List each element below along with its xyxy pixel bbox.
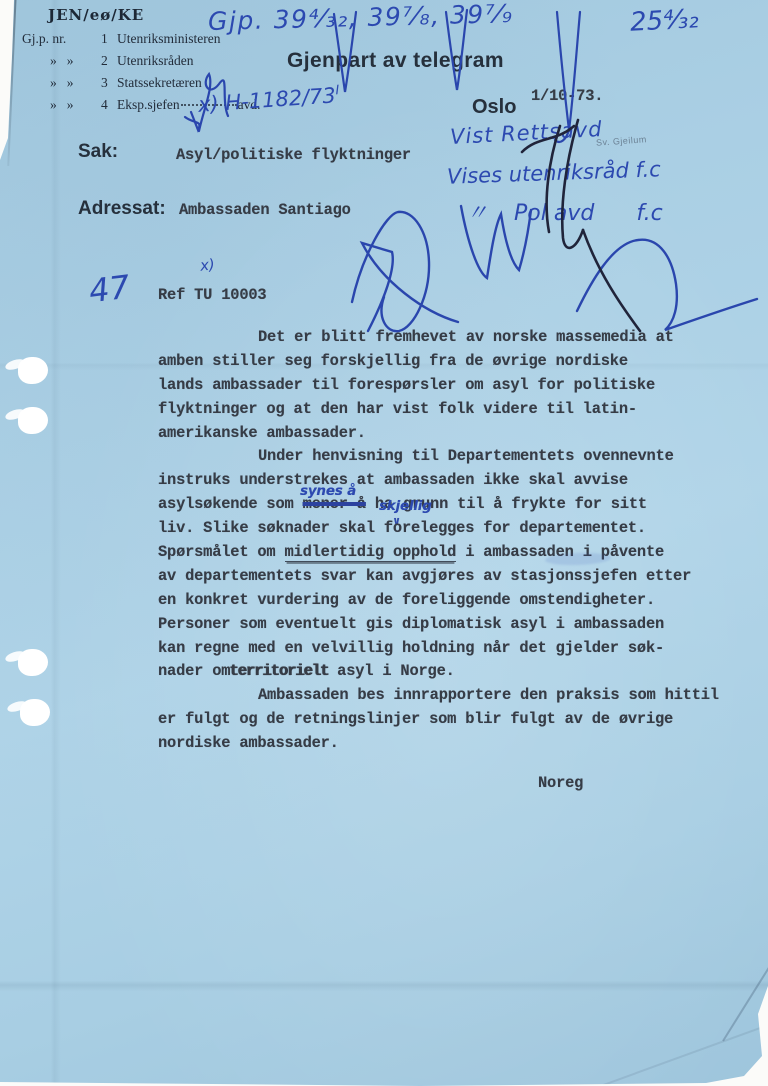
adressat-value: Ambassaden Santiago [179, 201, 351, 219]
black-signature [583, 230, 640, 331]
row-number: 3 [101, 75, 117, 90]
body-line: amerikanske ambassader. [158, 422, 718, 446]
body-line: Personer som eventuelt gis diplomatisk a… [158, 613, 718, 637]
file-number-suffix: I [335, 83, 340, 98]
punch-hole [18, 357, 48, 384]
hand-routing-numbers: Gjp. 39⁴⁄₃₂, 39⁷⁄₈, 39⁷⁄₉ [208, 0, 514, 36]
body-line: Under henvisning til Departementets oven… [158, 445, 718, 469]
ditto-marks: »» [22, 53, 101, 68]
scan-edge-line [7, 0, 17, 166]
body-line-corrected: asylsøkende som mener å ha∨skjelliggrunn… [158, 493, 718, 517]
body-line: instruks understrekes at ambassaden ikke… [158, 469, 718, 493]
hand-insert-skjellig: skjellig [379, 495, 432, 519]
body-line: en konkret vurdering av de foreliggende … [158, 589, 718, 613]
sak-label: Sak: [78, 141, 118, 163]
body-line-underlined: Spørsmålet om midlertidig opphold i amba… [158, 541, 718, 565]
body-line: amben stiller seg forskjellig fra de øvr… [158, 350, 718, 374]
text-segment: nader om [158, 662, 230, 680]
row-number: 2 [101, 53, 117, 68]
pol-avd-text: Pol avd [514, 201, 594, 226]
signature-flourish [352, 212, 429, 331]
text-segment: asyl i Norge. [328, 662, 455, 680]
distribution-row: »» 3 Statssekretæren [22, 75, 260, 90]
hand-note-vist: Vist Rettsavd [449, 117, 603, 149]
signature-flourish [577, 240, 757, 330]
hand-note-vises: Vises utenriksråd f.c [447, 157, 661, 188]
body-line: liv. Slike søknader skal forelegges for … [158, 517, 718, 541]
body-line: kan regne med en velvillig holdning når … [158, 637, 718, 661]
punch-hole [18, 649, 48, 676]
footnote-marker: x) [197, 92, 219, 117]
recipient-name: Eksp.sjefen [117, 97, 180, 112]
body-line: er fulgt og de retningslinjer som blir f… [158, 708, 718, 732]
overtyped-text: territorielt [229, 662, 328, 680]
telegram-body: Det er blitt fremhevet av norske masseme… [158, 326, 718, 756]
hand-note-pol-avd: 〃Pol avdf.c [466, 196, 663, 227]
text-segment: Spørsmålet om [158, 543, 285, 561]
body-line: Ambassaden bes innrapportere den praksis… [158, 684, 718, 708]
adressat-label: Adressat: [78, 198, 166, 220]
text-segment: asylsøkende som [158, 495, 303, 513]
row-number: 1 [101, 31, 117, 46]
distribution-row: »» 2 Utenriksråden [22, 53, 260, 68]
body-line: nordiske ambassader. [158, 732, 718, 756]
body-line: Det er blitt fremhevet av norske masseme… [158, 326, 718, 350]
text-segment: grunn til å frykte for sitt [403, 495, 647, 513]
punch-hole [18, 407, 48, 434]
body-line-overtyped: nader omterritorielt asyl i Norge. [158, 660, 718, 684]
signoff: Noreg [538, 774, 583, 792]
ditto-marks: »» [22, 75, 101, 90]
underlined-text: midlertidig opphold [285, 543, 457, 562]
footnote-marker: x) [199, 255, 216, 274]
sak-value: Asyl/politiske flyktninger [176, 146, 411, 164]
fc-text: f.c [636, 201, 662, 226]
body-line: lands ambassader til forespørsler om asy… [158, 374, 718, 398]
bottom-crease [603, 1002, 768, 1085]
row-recipient: Statssekretæren [117, 75, 202, 90]
place-label: Oslo [472, 96, 516, 119]
body-line: av departementets svar kan avgjøres av s… [158, 565, 718, 589]
row-recipient: Utenriksråden [117, 53, 193, 68]
ditto-marks: »» [22, 97, 101, 112]
date-value: 1/10-73. [531, 87, 603, 105]
row-recipient: Utenriksministeren [117, 31, 220, 46]
telegram-copy-scan: JEN/eø/KE Gj.p. nr. 1 Utenriksministeren… [0, 0, 768, 1086]
row-prefix: Gj.p. nr. [22, 31, 101, 46]
ref-line: Ref TU 10003 [158, 286, 266, 304]
name-stamp-faint: Sv. Gjeilum [596, 134, 647, 148]
punch-hole [20, 699, 50, 726]
page-title: Gjenpart av telegram [287, 49, 504, 73]
hand-insert-synes: synes å [300, 480, 356, 504]
hand-copy-number: 25⁴⁄₃₂ [629, 4, 699, 38]
ditto-mark: 〃 [466, 201, 488, 226]
signature-flourish [362, 243, 458, 331]
row-number: 4 [101, 97, 117, 112]
hand-serial-number: 47 [87, 268, 132, 311]
body-line: flyktninger og at den har vist folk vide… [158, 398, 718, 422]
corner-fold-crease [722, 962, 768, 1041]
paper-sheet: JEN/eø/KE Gj.p. nr. 1 Utenriksministeren… [0, 0, 768, 1086]
